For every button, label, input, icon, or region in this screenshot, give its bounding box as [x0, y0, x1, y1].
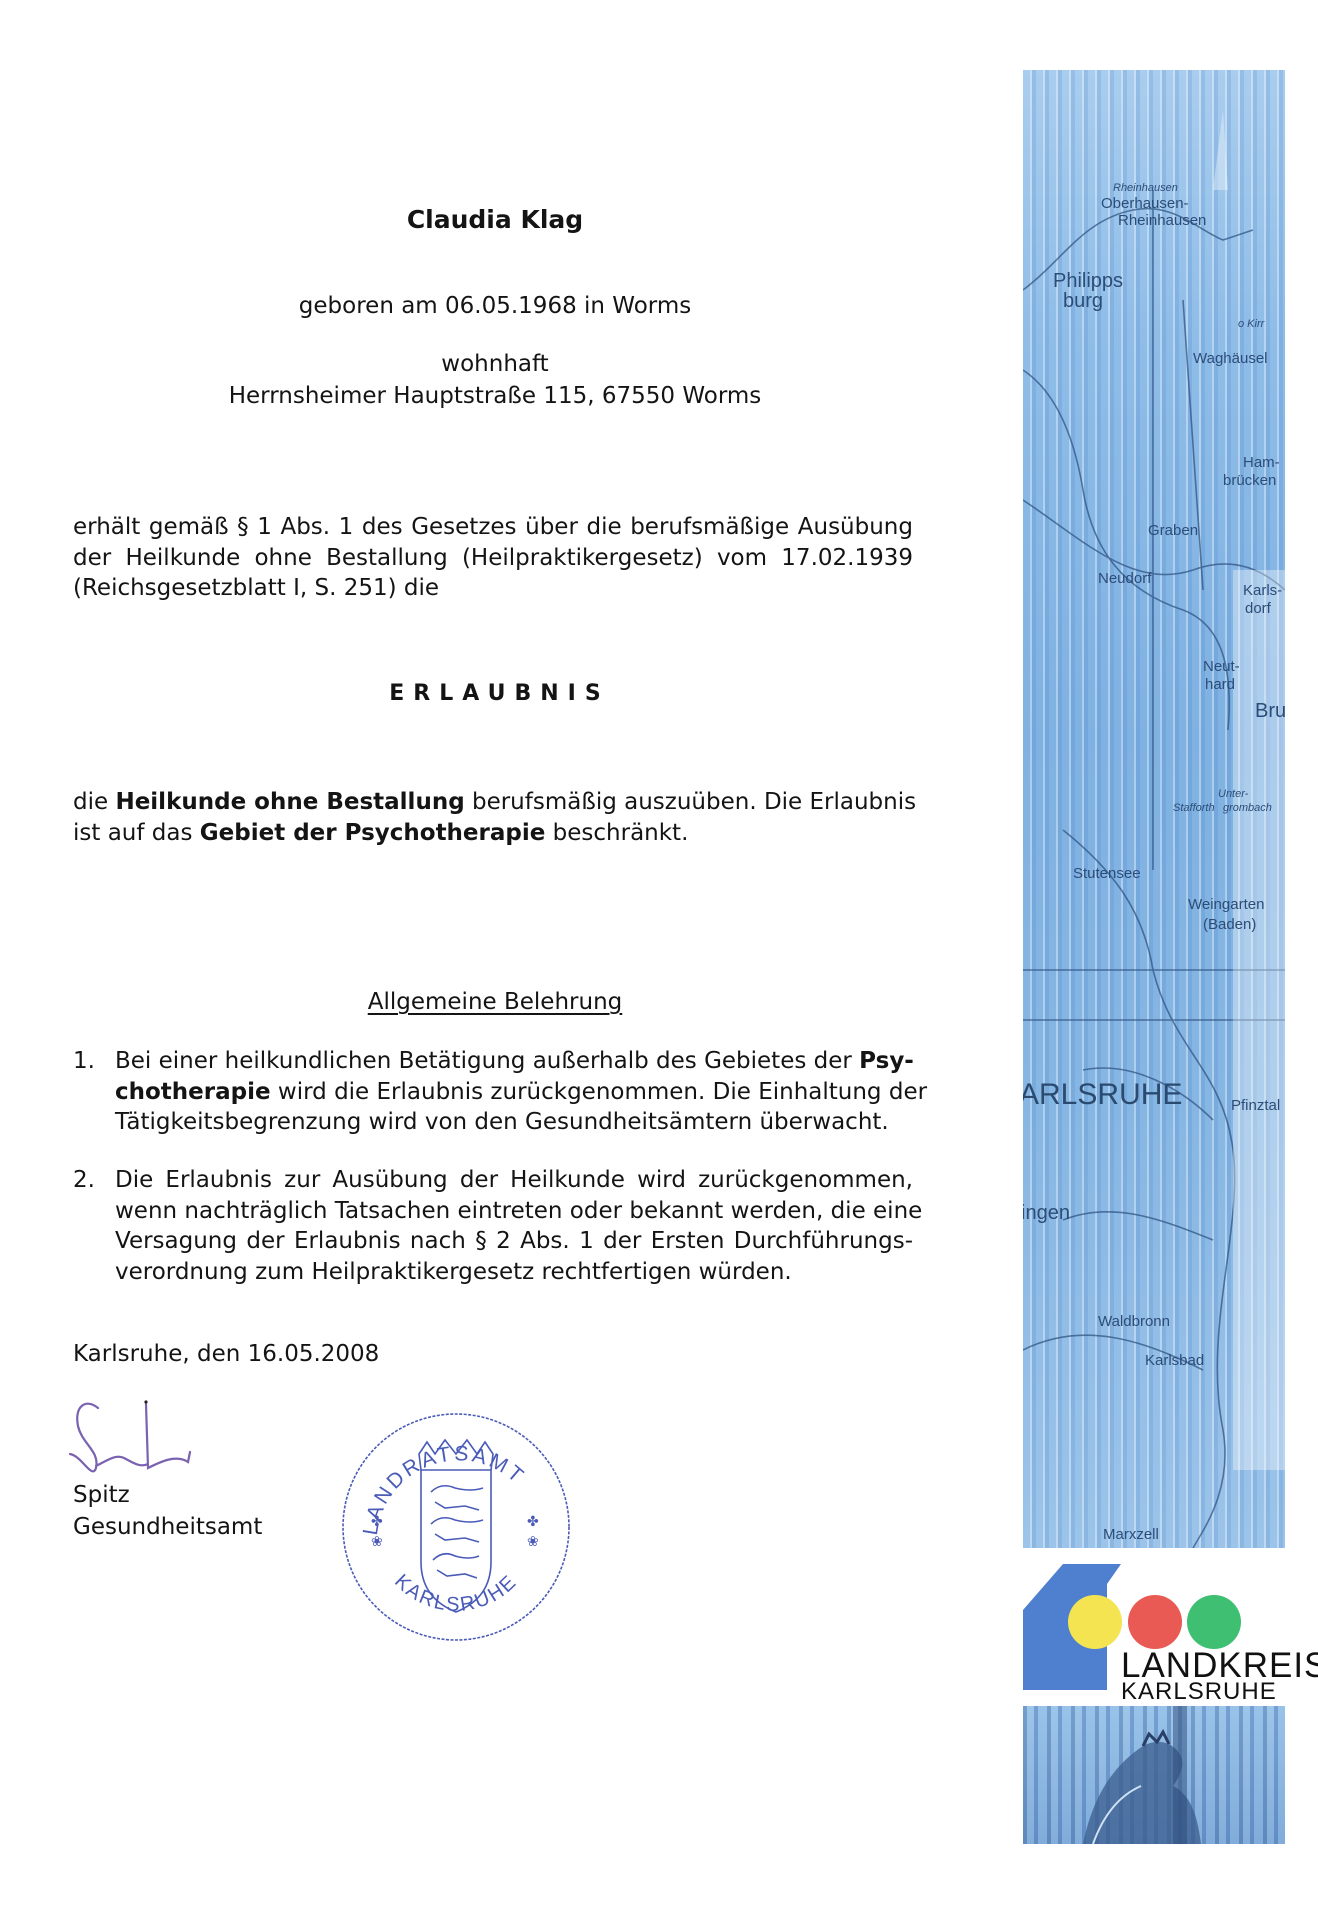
address-line: Herrnsheimer Hauptstraße 115, 67550 Worm…: [0, 381, 990, 412]
item-line: Bei einer heilkundlichen Betätigung auße…: [115, 1046, 913, 1077]
rooster-photo: [1023, 1706, 1285, 1844]
logo-subtitle: KARLSRUHE: [1121, 1680, 1277, 1704]
map-label: grombach: [1223, 802, 1272, 814]
map-label: hard: [1205, 676, 1235, 693]
resident-label: wohnhaft: [0, 349, 990, 380]
item-number: 2.: [73, 1165, 95, 1196]
svg-text:LANDRATSAMT: LANDRATSAMT: [359, 1442, 530, 1537]
grant-line: erhält gemäß § 1 Abs. 1 des Gesetzes übe…: [73, 512, 913, 543]
holder-name: Claudia Klag: [0, 204, 990, 235]
svg-text:❀: ❀: [371, 1534, 383, 1550]
map-label: brücken: [1223, 472, 1276, 489]
item-emphasis: chotherapie: [115, 1079, 271, 1105]
map-label: o Kirr: [1238, 318, 1264, 330]
item-emphasis: Psy-: [859, 1048, 914, 1074]
map-label: (Baden): [1203, 916, 1256, 933]
map-label: Unter-: [1218, 788, 1248, 800]
map-label: burg: [1063, 290, 1103, 313]
item-text-run: wird die Erlaubnis zurückgenommen. Die E…: [271, 1079, 927, 1105]
stamp-bottom-text: KARLSRUHE: [390, 1570, 521, 1616]
map-label: Neut-: [1203, 658, 1240, 675]
grant-line: (Reichsgesetzblatt I, S. 251) die: [73, 573, 913, 604]
item-number: 1.: [73, 1046, 95, 1077]
item-line: chotherapie wird die Erlaubnis zurückgen…: [115, 1077, 913, 1108]
item-line: wenn nachträglich Tatsachen eintreten od…: [115, 1196, 913, 1227]
signer-office: Gesundheitsamt: [73, 1512, 262, 1543]
map-label: Karls-: [1243, 582, 1282, 599]
map-label: Marxzell: [1103, 1526, 1159, 1543]
item-line: verordnung zum Heilpraktikergesetz recht…: [115, 1257, 913, 1288]
map-label: ARLSRUHE: [1023, 1078, 1182, 1112]
landkreis-logo: LANDKREIS KARLSRUHE: [1023, 1562, 1293, 1704]
scope-emphasis: Heilkunde ohne Bestallung: [115, 789, 464, 815]
permit-title: ERLAUBNIS: [0, 681, 990, 706]
signature: [68, 1396, 218, 1486]
map-label: Weingarten: [1188, 896, 1264, 913]
map-label: Bruc: [1255, 700, 1285, 723]
item-text-run: Bei einer heilkundlichen Betätigung auße…: [115, 1048, 859, 1074]
map-label: Stutensee: [1073, 865, 1141, 882]
map-label: Waldbronn: [1098, 1313, 1170, 1330]
map-banner: Rheinhausen Oberhausen- Rheinhausen Phil…: [1023, 70, 1285, 1548]
scope-text: berufsmäßig auszuüben. Die Erlaubnis: [465, 789, 916, 815]
scope-text: ist auf das: [73, 820, 200, 846]
scope-emphasis: Gebiet der Psychotherapie: [200, 820, 546, 846]
item-text: Bei einer heilkundlichen Betätigung auße…: [115, 1046, 913, 1138]
map-label: Stafforth: [1173, 802, 1215, 814]
map-label: dorf: [1245, 600, 1271, 617]
map-label: Neudorf: [1098, 570, 1151, 587]
item-line: Versagung der Erlaubnis nach § 2 Abs. 1 …: [115, 1226, 913, 1257]
map-label: Ham-: [1243, 454, 1280, 471]
scope-paragraph: die Heilkunde ohne Bestallung berufsmäßi…: [73, 787, 913, 848]
svg-text:✤: ✤: [527, 1514, 539, 1530]
map-label: Rheinhausen: [1118, 212, 1206, 229]
scope-text: die: [73, 789, 115, 815]
scope-line-2: ist auf das Gebiet der Psychotherapie be…: [73, 818, 913, 849]
birth-line: geboren am 06.05.1968 in Worms: [0, 291, 990, 322]
svg-text:KARLSRUHE: KARLSRUHE: [390, 1570, 521, 1616]
scope-text: beschränkt.: [545, 820, 688, 846]
map-label: Pfinztal: [1231, 1097, 1280, 1114]
grant-line: der Heilkunde ohne Bestallung (Heilprakt…: [73, 543, 913, 574]
svg-text:✤: ✤: [371, 1514, 383, 1530]
item-line: Tätigkeitsbegrenzung wird von den Gesund…: [115, 1107, 913, 1138]
map-label: Karlsbad: [1145, 1352, 1204, 1369]
map-label: Graben: [1148, 522, 1198, 539]
map-label: Oberhausen-: [1101, 195, 1189, 212]
map-label: ingen: [1023, 1202, 1070, 1225]
place-date: Karlsruhe, den 16.05.2008: [73, 1339, 379, 1370]
item-text: Die Erlaubnis zur Ausübung der Heilkunde…: [115, 1165, 913, 1287]
scope-line-1: die Heilkunde ohne Bestallung berufsmäßi…: [73, 787, 913, 818]
map-label: Rheinhausen: [1113, 182, 1178, 194]
svg-text:❀: ❀: [527, 1534, 539, 1550]
map-label: Waghäusel: [1193, 350, 1268, 367]
notice-heading: Allgemeine Belehrung: [0, 987, 990, 1018]
signer-name: Spitz: [73, 1480, 130, 1511]
item-line: Die Erlaubnis zur Ausübung der Heilkunde…: [115, 1165, 913, 1196]
grant-paragraph: erhält gemäß § 1 Abs. 1 des Gesetzes übe…: [73, 512, 913, 604]
stamp-top-text: LANDRATSAMT: [359, 1442, 530, 1537]
official-stamp: LANDRATSAMT KARLSRUHE ✤ ❀ ✤ ❀: [337, 1408, 575, 1646]
